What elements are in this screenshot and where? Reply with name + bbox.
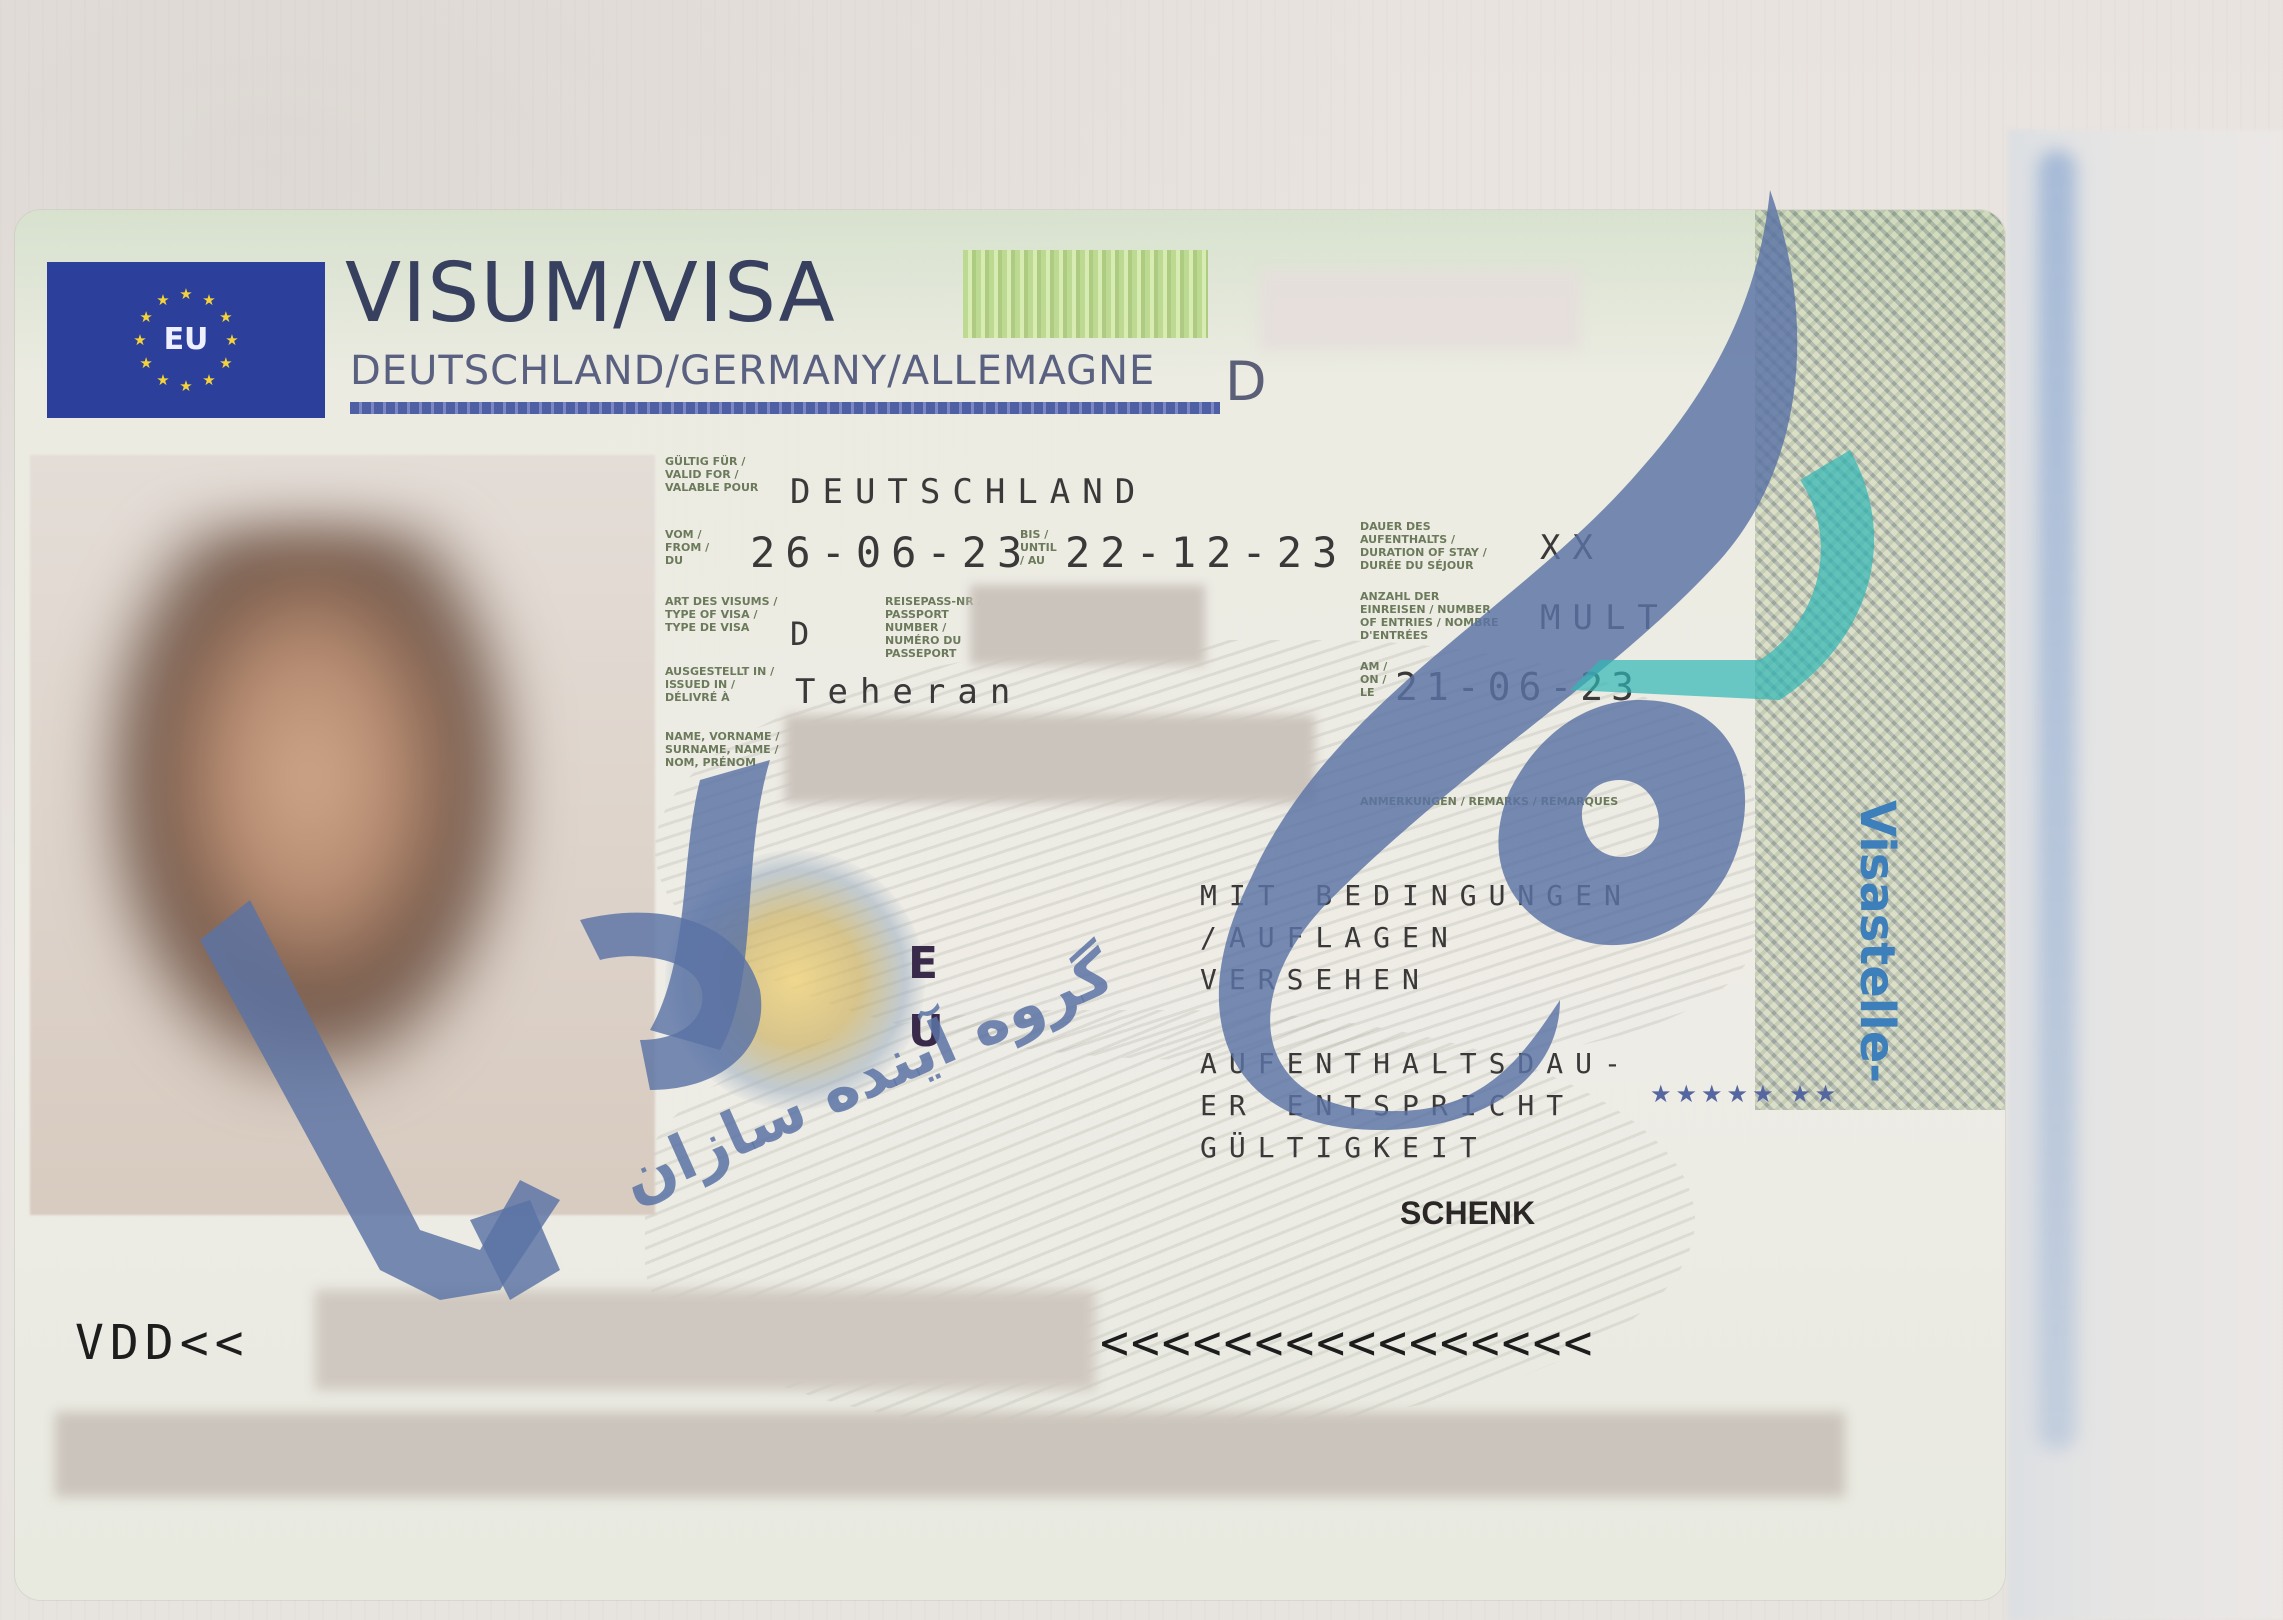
label-valid-for: GÜLTIG FÜR / VALID FOR / VALABLE POUR xyxy=(665,455,785,494)
label-from: VOM / FROM / DU xyxy=(665,528,725,567)
label-duration-of-stay: DAUER DES AUFENTHALTS / DURATION OF STAY… xyxy=(1360,520,1500,572)
label-type-of-visa: ART DES VISUMS / TYPE OF VISA / TYPE DE … xyxy=(665,595,785,634)
svg-text:★: ★ xyxy=(179,285,192,303)
eu-badge-label: EU xyxy=(47,322,325,357)
holder-photo-blurred xyxy=(30,455,655,1215)
adjacent-page-blurred xyxy=(2008,130,2283,1620)
svg-text:★: ★ xyxy=(202,371,215,389)
visa-sticker: ★★★★★★★★★★★★ EU VISUM/VISA DEUTSCHLAND/G… xyxy=(15,210,2005,1600)
mrz-line-1-redacted xyxy=(315,1290,1095,1390)
value-issued-on: 21-06-23 xyxy=(1395,665,1642,709)
label-name: NAME, VORNAME / SURNAME, NAME / NOM, PRÉ… xyxy=(665,730,785,769)
issuer-vertical-text: Visastelle- xyxy=(1849,800,1905,1083)
svg-text:★: ★ xyxy=(156,291,169,309)
mrz-line-2-redacted xyxy=(55,1412,1845,1497)
hologram-strip xyxy=(963,250,1208,338)
value-from: 26-06-23 xyxy=(750,528,1032,577)
label-until: BIS / UNTIL / AU xyxy=(1020,528,1060,567)
officer-signature: SCHENK xyxy=(1400,1195,1535,1232)
visa-title: VISUM/VISA xyxy=(345,246,836,341)
redacted-passport-number xyxy=(970,585,1205,665)
label-issued-in: AUSGESTELLT IN / ISSUED IN / DÉLIVRÉ À xyxy=(665,665,785,704)
remarks-text: MIT BEDINGUNGEN /AUFLAGEN VERSEHEN AUFEN… xyxy=(1200,875,1633,1169)
face-blur xyxy=(100,525,520,1085)
svg-text:★: ★ xyxy=(156,371,169,389)
redacted-serial xyxy=(1260,270,1580,350)
mrz-line-1-filler: <<<<<<<<<<<<<<<< xyxy=(1100,1315,1594,1371)
value-number-of-entries: MULT xyxy=(1540,598,1670,638)
hologram-letter-e: E xyxy=(908,930,944,998)
value-valid-for: DEUTSCHLAND xyxy=(790,472,1147,512)
redacted-name xyxy=(785,715,1315,803)
svg-text:★: ★ xyxy=(202,291,215,309)
value-type-of-visa: D xyxy=(790,615,821,653)
visa-country: DEUTSCHLAND/GERMANY/ALLEMAGNE xyxy=(350,348,1155,394)
blurred-stamp xyxy=(2038,150,2076,1450)
value-duration-of-stay: XX xyxy=(1540,528,1605,568)
label-issued-on: AM / ON / LE xyxy=(1360,660,1390,699)
label-number-of-entries: ANZAHL DER EINREISEN / NUMBER OF ENTRIES… xyxy=(1360,590,1500,642)
eu-flag: ★★★★★★★★★★★★ EU xyxy=(47,262,325,418)
microprint-band xyxy=(350,402,1220,414)
label-remarks: ANMERKUNGEN / REMARKS / REMARQUES xyxy=(1360,795,1618,808)
mrz-line-1-prefix: VDD<< xyxy=(75,1315,250,1371)
value-issued-in: Teheran xyxy=(795,672,1022,712)
stars-row: ★★★★★ ★★ xyxy=(1650,1080,1840,1108)
visa-category-letter: D xyxy=(1225,350,1267,413)
svg-text:★: ★ xyxy=(179,377,192,395)
value-until: 22-12-23 xyxy=(1065,528,1347,577)
